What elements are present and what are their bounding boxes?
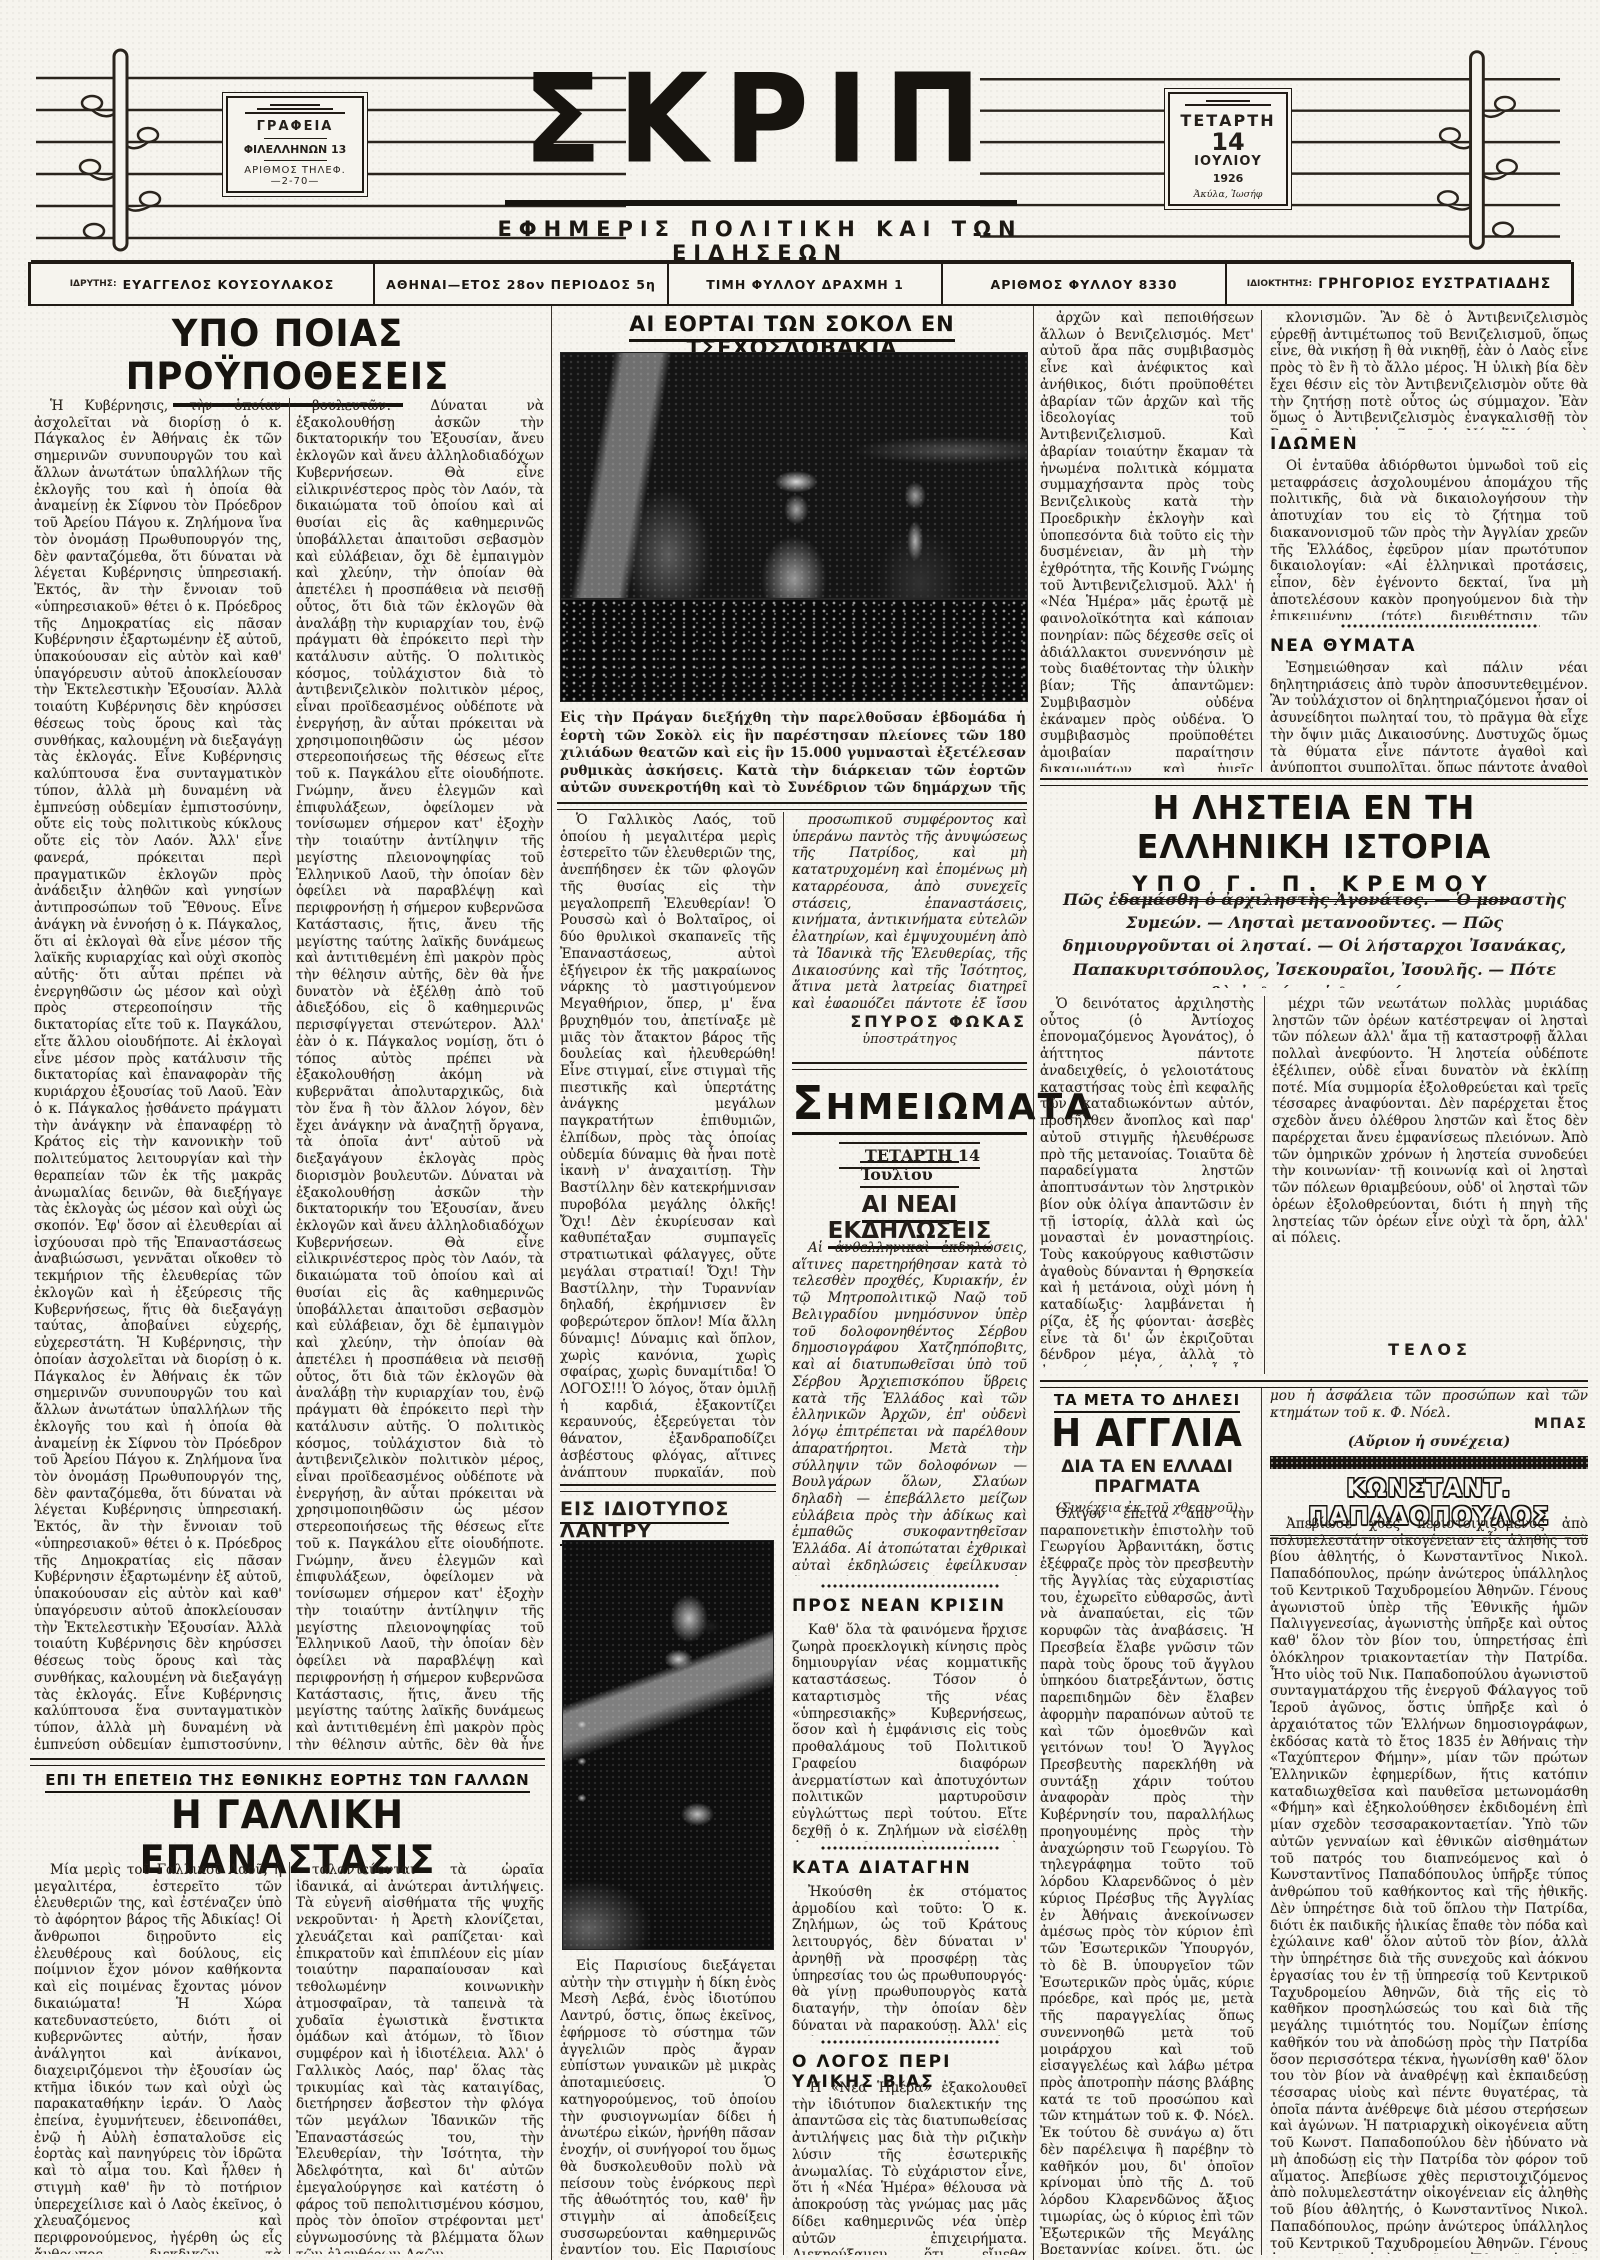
gallic-column-2: ταλαντεύονται τὰ ὡραῖα ἰδανικά, αἱ ἀνώτε… xyxy=(296,1862,544,2254)
listeia-telos: ΤΕΛΟΣ xyxy=(1272,1340,1588,1359)
listeia-column-2: μέχρι τῶν νεωτάτων πολλὰς μυριάδας ληστῶ… xyxy=(1272,996,1588,1334)
listeia-column-1: Ὁ δεινότατος ἀρχιληστὴς οὗτος (ὁ Ἀντίοχο… xyxy=(1040,996,1254,1368)
block-divider xyxy=(1033,306,1034,2260)
section-rule xyxy=(1040,1380,1588,1388)
founder-name: ΕΥΑΓΓΕΛΟΣ ΚΟΥΣΟΥΛΑΚΟΣ xyxy=(123,277,335,292)
date-month: ΙΟΥΛΙΟΥ xyxy=(1174,154,1282,169)
anglia-kicker: ΤΑ ΜΕΤΑ ΤΟ ΔΗΛΕΣΙ xyxy=(1054,1391,1240,1413)
box-ornament xyxy=(245,112,346,114)
sokol-festival-photo xyxy=(560,352,1028,702)
sokol-photo-caption: Εἰς τὴν Πράγαν διεξήχθη τὴν παρελθοῦσαν … xyxy=(560,710,1026,798)
box-ornament xyxy=(1185,104,1271,106)
edition-cell: ΑΘΗΝΑΙ—ΕΤΟΣ 28ον ΠΕΡΙΟΔΟΣ 5η xyxy=(375,264,669,304)
simeiomata-s3-body: Ἠκούσθη ἐκ στόματος ἁρμοδίου καὶ τοῦτο: … xyxy=(792,1884,1027,2036)
simeiomata-s1-title-wrap: ΑΙ ΝΕΑΙ ΕΚΔΗΛΩΣΕΙΣ xyxy=(792,1192,1027,1244)
offices-address-box: ΓΡΑΦΕΙΑ ΦΙΛΕΛΛΗΝΩΝ 13 ΑΡΙΘΜΟΣ ΤΗΛΕΦ. —2-… xyxy=(226,96,364,193)
simeiomata-s2-body: Καθ' ὅλα τὰ φαινόμενα ἤρχισε ζωηρὰ προεκ… xyxy=(792,1622,1027,1842)
obituary-ornament-bar xyxy=(1270,1456,1588,1469)
editorial-article: ΥΠΟ ΠΟΙΑΣ ΠΡΟΫΠΟΘΕΣΕΙΣ xyxy=(30,312,545,407)
box-ornament xyxy=(270,104,320,106)
column-rule xyxy=(289,398,290,1750)
nea-thymata-body: Ἐσημειώθησαν καὶ πάλιν νέαι δηλητηριάσει… xyxy=(1270,660,1588,772)
simeiomata-header-rule xyxy=(792,1132,1027,1135)
divider xyxy=(264,160,327,161)
column-rule xyxy=(783,812,784,2255)
column-rule xyxy=(1261,310,1262,772)
nea-thymata-title: ΝΕΑ ΘΥΜΑΤΑ xyxy=(1270,636,1588,656)
newspaper-subtitle: ΕΦΗΜΕΡΙΣ ΠΟΛΙΤΙΚΗ ΚΑΙ ΤΩΝ ΕΙΔΗΣΕΩΝ xyxy=(410,217,1110,265)
anglia-article-header: ΤΑ ΜΕΤΑ ΤΟ ΔΗΛΕΣΙ Η ΑΓΓΛΙΑ ΔΙΑ ΤΑ ΕΝ ΕΛΛ… xyxy=(1040,1390,1254,1516)
box-ornament xyxy=(1206,100,1249,102)
issue-info-bar: ΙΔΡΥΤΗΣ: ΕΥΑΓΓΕΛΟΣ ΚΟΥΣΟΥΛΑΚΟΣ ΑΘΗΝΑΙ—ΕΤ… xyxy=(28,262,1574,306)
block-divider xyxy=(551,306,552,2260)
issue-number-text: ΑΡΙΘΜΟΣ ΦΥΛΛΟΥ 8330 xyxy=(991,277,1178,292)
obituary-body: Ἀπεβίωσε χθὲς περιστοιχιζόμενος ἀπὸ πολυ… xyxy=(1270,1516,1588,2254)
wavy-rule xyxy=(820,1846,1000,1851)
france-essay-column: Ὁ Γαλλικὸς Λαός, τοῦ ὁποίου ἡ μεγαλιτέρα… xyxy=(560,812,776,1478)
landru-body: Εἰς Παρισίους διεξάγεται αὐτὴν τὴν στιγμ… xyxy=(560,1958,776,2255)
column-rule xyxy=(1261,1388,1262,2255)
simeiomata-s3-title: ΚΑΤΑ ΔΙΑΤΑΓΗΝ xyxy=(792,1858,1027,1878)
listeia-article-header: Η ΛΗΣΤΕΙΑ ΕΝ ΤΗ ΕΛΛΗΝΙΚΗ ΙΣΤΟΡΙΑ ΥΠΟ Γ. … xyxy=(1040,788,1588,896)
price-text: ΤΙΜΗ ΦΥΛΛΟΥ ΔΡΑΧΜΗ 1 xyxy=(706,277,904,292)
simeiomata-s4-body: Ἡ «Νέα Ἡμέρα» ἐξακολουθεῖ τὴν ἰδιότυπον … xyxy=(792,2080,1027,2255)
crowd-area xyxy=(561,598,1027,701)
offices-phone-number: —2-70— xyxy=(232,176,358,187)
simeiomata-date: ΤΕΤΑΡΤΗ 14 Ἰουλίου xyxy=(839,1142,980,1188)
section-rule xyxy=(1040,778,1588,786)
gallic-kicker: ΕΠΙ ΤΗ ΕΠΕΤΕΙΩ ΤΗΣ ΕΘΝΙΚΗΣ ΕΟΡΤΗΣ ΤΩΝ ΓΑ… xyxy=(45,1771,529,1793)
title-underline xyxy=(505,200,1017,206)
date-day-number: 14 xyxy=(1174,130,1282,154)
anglia-body: Ὀλίγον ἔπειτα ἀπὸ τὴν παραπονετικὴν ἐπισ… xyxy=(1040,1506,1254,2254)
section-rule xyxy=(30,1758,545,1766)
section-rule xyxy=(560,1484,776,1492)
offices-phone-label: ΑΡΙΘΜΟΣ ΤΗΛΕΦ. xyxy=(232,165,358,176)
listeia-headline: Η ΛΗΣΤΕΙΑ ΕΝ ΤΗ ΕΛΛΗΝΙΚΗ ΙΣΤΟΡΙΑ xyxy=(1051,788,1577,866)
simeiomata-s2-title: ΠΡΟΣ ΝΕΑΝ ΚΡΙΣΙΝ xyxy=(792,1596,1027,1616)
landru-headline-wrap: ΕΙΣ ΙΔΙΟΤΥΠΟΣ ΛΑΝΤΡΥ xyxy=(560,1498,776,1542)
founder-cell: ΙΔΡΥΤΗΣ: ΕΥΑΓΓΕΛΟΣ ΚΟΥΣΟΥΛΑΚΟΣ xyxy=(31,264,375,304)
editorial-column-2: βουλευτῶν. Δύναται νὰ ἐξακολουθήσῃ ἀσκῶν… xyxy=(296,398,544,1750)
landru-headline: ΕΙΣ ΙΔΙΟΤΥΠΟΣ ΛΑΝΤΡΥ xyxy=(560,1498,729,1546)
listeia-deck: Πῶς ἐδαμάσθη ὁ ἀρχιληστὴς Ἀγονάτος. — Ὁ … xyxy=(1062,888,1567,988)
section-rule xyxy=(792,1062,1027,1070)
newspaper-title: ΣΚΡΙΠ xyxy=(490,59,1030,182)
anglia-headline: Η ΑΓΓΛΙΑ xyxy=(1046,1411,1247,1455)
divider xyxy=(264,138,327,139)
column-rule xyxy=(1264,996,1265,1374)
date-year: 1926 xyxy=(1174,172,1282,185)
simeiomata-date-wrap: ΤΕΤΑΡΤΗ 14 Ἰουλίου xyxy=(792,1146,1027,1184)
editorial-column-1: Ἡ Κυβέρνησις, τὴν ὁποίαν ἀσχολεῖται νὰ δ… xyxy=(34,398,282,1750)
owner-label: ΙΔΙΟΚΤΗΤΗΣ: xyxy=(1247,279,1312,289)
editorial-headline: ΥΠΟ ΠΟΙΑΣ ΠΡΟΫΠΟΘΕΣΕΙΣ xyxy=(40,312,534,398)
date-box: ΤΕΤΑΡΤΗ 14 ΙΟΥΛΙΟΥ 1926 Ἀκύλα, Ἰωσήφ xyxy=(1168,92,1288,206)
editorial-continuation-end: κλονισμῶν. Ἂν δὲ ὁ Ἀντιβενιζελισμὸς εὑρε… xyxy=(1270,310,1588,430)
owner-name: ΓΡΗΓΟΡΙΟΣ ΕΥΣΤΡΑΤΙΑΔΗΣ xyxy=(1318,276,1551,292)
landru-portrait-photo xyxy=(562,1540,774,1950)
france-signature-title: ὑποστράτηγος xyxy=(792,1032,1027,1047)
simeiomata-header: ΣΗΜΕΙΩΜΑΤΑ xyxy=(792,1076,1027,1130)
newspaper-front-page: ΓΡΑΦΕΙΑ ΦΙΛΕΛΛΗΝΩΝ 13 ΑΡΙΘΜΟΣ ΤΗΛΕΦ. —2-… xyxy=(0,0,1600,2260)
idomen-title: ΙΔΩΜΕΝ xyxy=(1270,434,1588,454)
owner-cell: ΙΔΙΟΚΤΗΤΗΣ: ΓΡΗΓΟΡΙΟΣ ΕΥΣΤΡΑΤΙΑΔΗΣ xyxy=(1227,264,1571,304)
edition-text: ΑΘΗΝΑΙ—ΕΤΟΣ 28ον ΠΕΡΙΟΔΟΣ 5η xyxy=(386,277,656,292)
wavy-rule xyxy=(820,2040,1000,2045)
issue-number-cell: ΑΡΙΘΜΟΣ ΦΥΛΛΟΥ 8330 xyxy=(943,264,1227,304)
price-cell: ΤΙΜΗ ΦΥΛΛΟΥ ΔΡΑΧΜΗ 1 xyxy=(669,264,943,304)
idomen-body: Οἱ ἐνταῦθα ἀδιόρθωτοι ὑμνωδοὶ τοῦ εἰς με… xyxy=(1270,458,1588,620)
saints-of-day: Ἀκύλα, Ἰωσήφ xyxy=(1174,189,1282,200)
section-rule xyxy=(557,802,1027,810)
gallic-column-1: Μία μερὶς τοῦ Γαλλικοῦ Λαοῦ, ἡ μεγαλιτέρ… xyxy=(34,1862,282,2254)
mpas-tomorrow-note: (Αὔριον ἡ συνέχεια) xyxy=(1270,1434,1588,1450)
column-rule xyxy=(289,1862,290,2254)
editorial-continuation-column: ἀρχῶν καὶ πεποιθήσεων ἄλλων ὁ Βενιζελισμ… xyxy=(1040,310,1254,772)
france-signature: ΣΠΥΡΟΣ ΦΩΚΑΣ xyxy=(792,1012,1027,1031)
anglia-subhead: ΔΙΑ ΤΑ ΕΝ ΕΛΛΑΔΙ ΠΡΑΓΜΑΤΑ xyxy=(1040,1457,1254,1497)
mpas-signature: ΜΠΑΣ xyxy=(1270,1416,1588,1432)
box-ornament xyxy=(257,108,333,110)
wavy-rule xyxy=(1340,624,1540,629)
simeiomata-s1-body: Αἱ ἀνθελληνικαὶ ἐκδηλώσεις, αἵτινες παρε… xyxy=(792,1240,1027,1576)
offices-label: ΓΡΑΦΕΙΑ xyxy=(232,119,358,134)
france-essay-ending: προσωπικοῦ συμφέροντος καὶ ὑπεράνω παντὸ… xyxy=(792,812,1027,1008)
founder-label: ΙΔΡΥΤΗΣ: xyxy=(70,279,117,289)
wavy-rule xyxy=(820,1584,1000,1589)
offices-street: ΦΙΛΕΛΛΗΝΩΝ 13 xyxy=(232,143,358,156)
